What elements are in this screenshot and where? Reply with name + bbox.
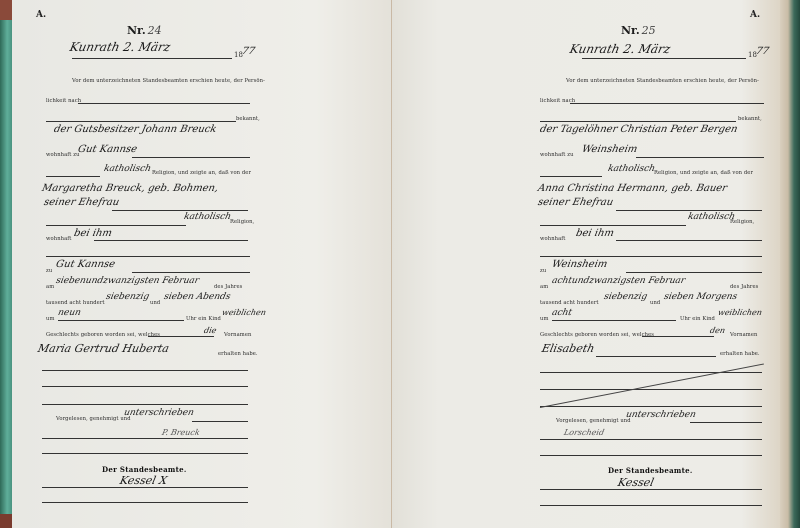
birthplace-prefix: zu xyxy=(46,268,52,274)
intro-line-2: lichkeit nach xyxy=(46,98,81,104)
record-number: Nr.25 xyxy=(621,24,656,37)
official-signature: Kessel X xyxy=(119,474,169,487)
intro-line-1: Vor dem unterzeichneten Standesbeamten e… xyxy=(566,78,759,84)
birthplace: Gut Kannse xyxy=(55,259,116,270)
book-binding-right xyxy=(780,0,800,528)
rule xyxy=(540,389,762,390)
rule xyxy=(552,320,676,321)
book-binding-left xyxy=(0,0,12,528)
year-label: des Jahres xyxy=(730,284,758,290)
received: erhalten habe. xyxy=(720,351,760,357)
sex: weiblichen xyxy=(717,308,763,317)
rule xyxy=(42,502,248,503)
rule xyxy=(540,505,762,506)
name-label: Vornamen xyxy=(730,332,757,338)
residence-label: wohnhaft zu xyxy=(540,152,574,158)
rule xyxy=(570,103,764,104)
rule xyxy=(42,453,248,454)
confirmation-label: Vorgelesen, genehmigt und xyxy=(556,418,631,424)
rule xyxy=(642,336,714,337)
religion-label: Religion, xyxy=(730,219,754,225)
rule xyxy=(46,176,100,177)
decade: siebenzig xyxy=(105,292,150,302)
rule xyxy=(42,386,248,387)
rule xyxy=(582,58,746,59)
sex: weiblichen xyxy=(221,308,267,317)
rule xyxy=(616,210,762,211)
name-prefix: die xyxy=(203,326,217,335)
rule xyxy=(540,121,736,122)
religion-2: katholisch xyxy=(687,212,736,222)
child-name: Maria Gertrud Huberta xyxy=(37,342,171,355)
rule xyxy=(42,487,248,488)
mother: Anna Christina Hermann, geb. Bauer xyxy=(537,183,728,194)
birthplace: Weinsheim xyxy=(551,259,609,270)
residence2-label: wohnhaft xyxy=(540,236,565,242)
residence-label: wohnhaft zu xyxy=(46,152,80,158)
rule xyxy=(540,489,762,490)
religion-label: Religion, xyxy=(230,219,254,225)
residence: Gut Kannse xyxy=(77,144,138,155)
residence2: bei ihm xyxy=(73,228,113,239)
rule xyxy=(46,225,186,226)
declarant: der Tagelöhner Christian Peter Bergen xyxy=(539,124,739,135)
hour-prefix: um xyxy=(46,316,54,322)
confirmation: unterschrieben xyxy=(123,408,195,418)
rule xyxy=(540,406,762,407)
hour-suffix: Uhr ein Kind xyxy=(680,316,715,322)
religion-1: katholisch xyxy=(103,164,152,174)
record-number: Nr.24 xyxy=(127,24,162,37)
year-suffix: 77 xyxy=(241,46,256,57)
year-suffix: 77 xyxy=(755,46,770,57)
rule xyxy=(58,320,184,321)
religion-2: katholisch xyxy=(183,212,232,222)
residence2: bei ihm xyxy=(575,228,615,239)
rule xyxy=(112,210,248,211)
known-suffix: bekannt, xyxy=(738,116,762,122)
known-suffix: bekannt, xyxy=(236,116,260,122)
hour: neun xyxy=(57,308,82,318)
day-prefix: am xyxy=(540,284,548,290)
rule xyxy=(132,272,250,273)
residence: Weinsheim xyxy=(581,144,639,155)
nr-value: 24 xyxy=(148,24,162,37)
day: siebenundzwanzigsten Februar xyxy=(55,276,200,286)
confirmation: unterschrieben xyxy=(625,410,697,420)
rule xyxy=(636,157,764,158)
decade-suffix: und xyxy=(150,300,160,306)
rule xyxy=(540,372,762,373)
rule xyxy=(540,439,762,440)
religion-suffix: Religion, und zeigte an, daß von der xyxy=(654,170,753,176)
rule xyxy=(540,455,762,456)
right-page: A. Nr.25 Kunrath 2. März 18 77 Vor dem u… xyxy=(392,0,780,528)
rule xyxy=(94,240,248,241)
rule xyxy=(78,103,250,104)
intro-line-1: Vor dem unterzeichneten Standesbeamten e… xyxy=(72,78,265,84)
void-strike-line xyxy=(540,364,764,408)
gender-line: Geschlechts geboren worden sei, welches xyxy=(540,332,654,338)
rule xyxy=(690,422,762,423)
rule xyxy=(46,256,250,257)
rule xyxy=(42,404,248,405)
hour: acht xyxy=(551,308,573,318)
rule xyxy=(42,370,248,371)
rule xyxy=(540,256,762,257)
rule xyxy=(540,176,602,177)
nr-label: Nr. xyxy=(621,24,640,37)
gender-line: Geschlechts geboren worden sei, welches xyxy=(46,332,160,338)
rule xyxy=(540,225,686,226)
child-name: Elisabeth xyxy=(541,342,596,355)
rule xyxy=(596,356,716,357)
unit-year: sieben Abends xyxy=(163,292,231,302)
rule xyxy=(192,421,248,422)
religion-1: katholisch xyxy=(607,164,656,174)
mother: Margaretha Breuck, geb. Bohmen, xyxy=(41,183,219,194)
place-date: Kunrath 2. März xyxy=(69,40,172,54)
hour-prefix: um xyxy=(540,316,548,322)
name-label: Vornamen xyxy=(224,332,251,338)
declarant: der Gutsbesitzer Johann Breuck xyxy=(53,124,218,135)
left-page: A. Nr.24 Kunrath 2. März 18 77 Vor dem u… xyxy=(12,0,392,528)
birth-record-form-25: Nr.25 Kunrath 2. März 18 77 Vor dem unte… xyxy=(546,0,768,528)
decade-suffix: und xyxy=(650,300,660,306)
hour-suffix: Uhr ein Kind xyxy=(186,316,221,322)
unit-year: sieben Morgens xyxy=(663,292,738,302)
witness-signature: Lorscheid xyxy=(563,428,605,437)
witness-signature: P. Breuck xyxy=(161,428,201,437)
place-date: Kunrath 2. März xyxy=(569,42,672,56)
official-title: Der Standesbeamte. xyxy=(608,466,693,475)
decade: siebenzig xyxy=(603,292,648,302)
nr-value: 25 xyxy=(642,24,656,37)
birthplace-prefix: zu xyxy=(540,268,546,274)
religion-suffix: Religion, und zeigte an, daß von der xyxy=(152,170,251,176)
name-prefix: den xyxy=(709,326,726,335)
rule xyxy=(72,58,232,59)
relation: seiner Ehefrau xyxy=(537,197,614,208)
rule xyxy=(626,272,762,273)
thousand-label: tausend acht hundert xyxy=(540,300,599,306)
rule xyxy=(132,157,250,158)
received: erhalten habe. xyxy=(218,351,258,357)
day: achtundzwanzigsten Februar xyxy=(551,276,686,286)
day-prefix: am xyxy=(46,284,54,290)
official-title: Der Standesbeamte. xyxy=(102,465,187,474)
thousand-label: tausend acht hundert xyxy=(46,300,105,306)
rule xyxy=(148,336,214,337)
rule xyxy=(616,240,762,241)
year-label: des Jahres xyxy=(214,284,242,290)
rule xyxy=(46,121,236,122)
birth-record-form-24: Nr.24 Kunrath 2. März 18 77 Vor dem unte… xyxy=(32,0,254,528)
confirmation-label: Vorgelesen, genehmigt und xyxy=(56,416,131,422)
nr-label: Nr. xyxy=(127,24,146,37)
residence2-label: wohnhaft xyxy=(46,236,71,242)
official-signature: Kessel xyxy=(617,476,656,489)
rule xyxy=(42,438,248,439)
relation: seiner Ehefrau xyxy=(43,197,120,208)
